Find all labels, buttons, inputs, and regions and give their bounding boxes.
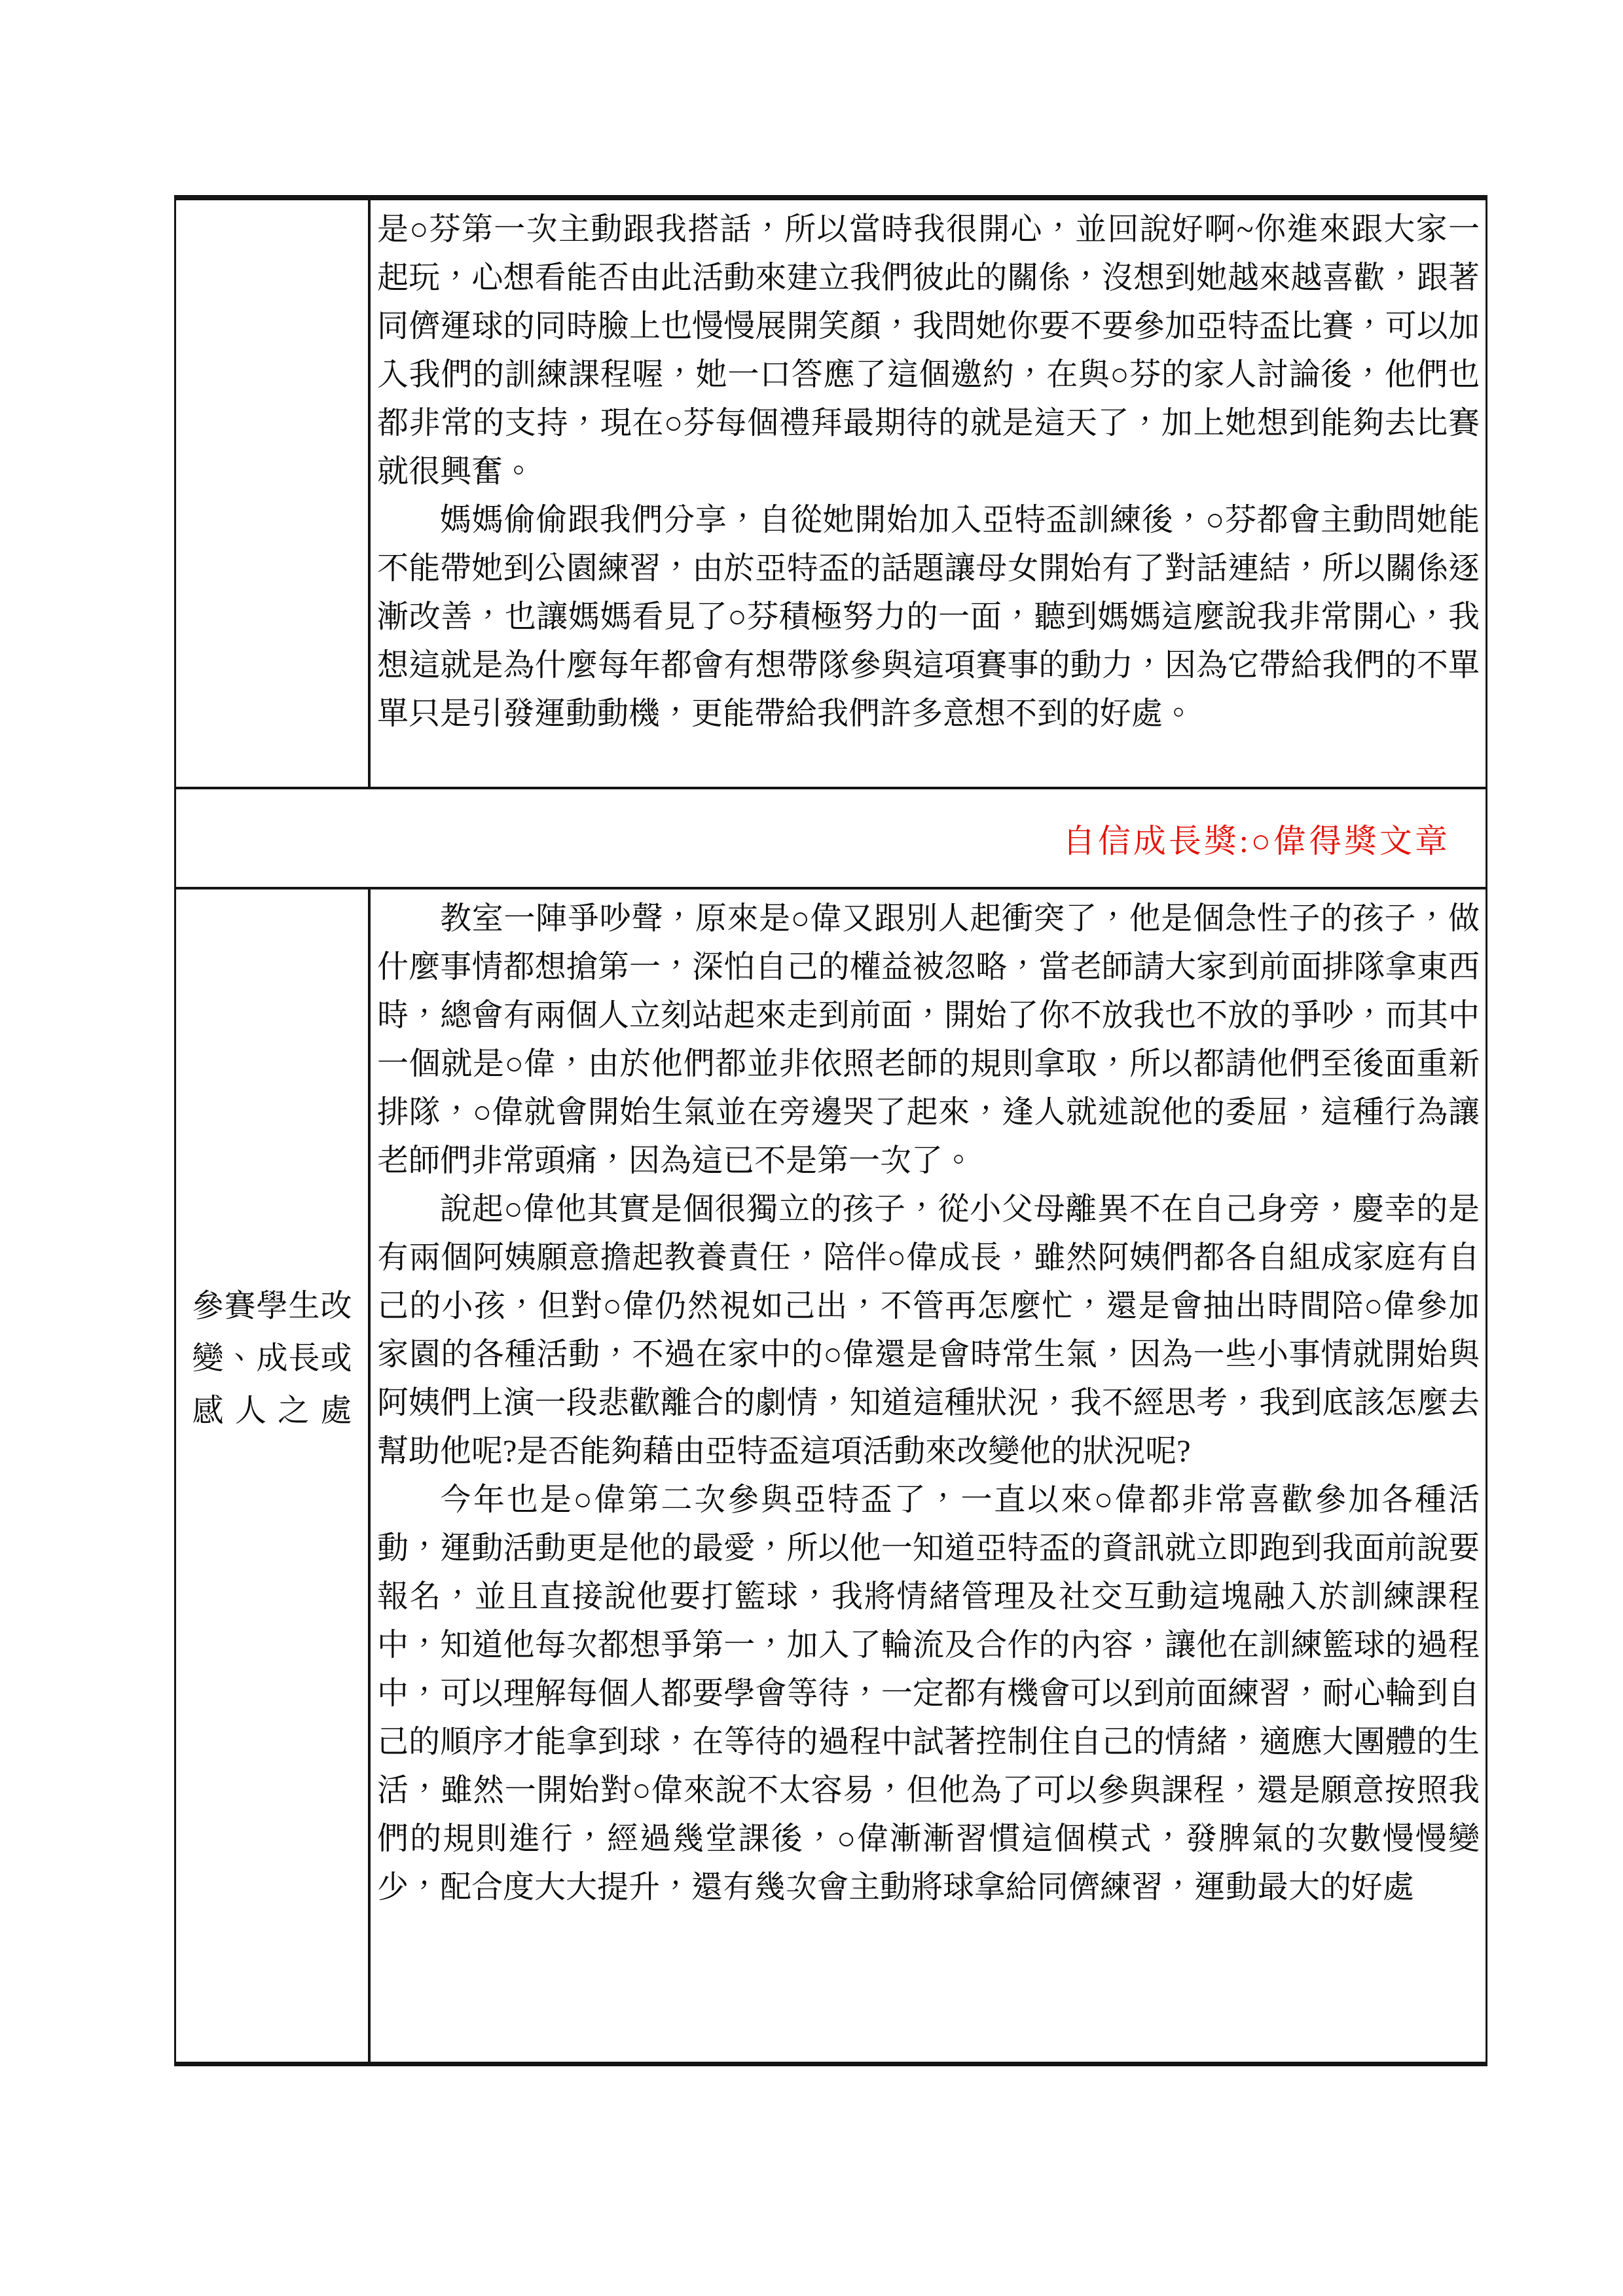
essay-paragraph: 媽媽偷偷跟我們分享，自從她開始加入亞特盃訓練後，○芬都會主動問她能不能帶她到公園… [377,496,1480,738]
row-label-text: 參賽學生改變、成長或感人之處 [192,1280,352,1437]
empty-label-cell [176,200,371,787]
essay-paragraph: 是○芬第一次主動跟我搭話，所以當時我很開心，並回說好啊~你進來跟大家一起玩，心想… [377,206,1480,496]
table-row-essay-continuation: 是○芬第一次主動跟我搭話，所以當時我很開心，並回說好啊~你進來跟大家一起玩，心想… [176,200,1486,789]
row-label-cell: 參賽學生改變、成長或感人之處 [176,889,371,2062]
essay-paragraph: 說起○偉他其實是個很獨立的孩子，從小父母離異不在自己身旁，慶幸的是有兩個阿姨願意… [377,1185,1480,1476]
scanned-document-page: 是○芬第一次主動跟我搭話，所以當時我很開心，並回說好啊~你進來跟大家一起玩，心想… [0,0,1623,2296]
award-essay-table: 是○芬第一次主動跟我搭話，所以當時我很開心，並回說好啊~你進來跟大家一起玩，心想… [174,195,1487,2066]
award-title-text: 自信成長獎:○偉得獎文章 [1063,815,1450,862]
table-row-student-growth: 參賽學生改變、成長或感人之處 教室一陣爭吵聲，原來是○偉又跟別人起衝突了，他是個… [176,889,1486,2062]
essay-continuation-text-cell: 是○芬第一次主動跟我搭話，所以當時我很開心，並回說好啊~你進來跟大家一起玩，心想… [371,200,1486,787]
essay-text-cell: 教室一陣爭吵聲，原來是○偉又跟別人起衝突了，他是個急性子的孩子，做什麼事情都想搶… [371,889,1486,2062]
essay-paragraph: 今年也是○偉第二次參與亞特盃了，一直以來○偉都非常喜歡參加各種活動，運動活動更是… [377,1476,1480,1912]
table-row-award-title: 自信成長獎:○偉得獎文章 [176,789,1486,889]
essay-paragraph: 教室一陣爭吵聲，原來是○偉又跟別人起衝突了，他是個急性子的孩子，做什麼事情都想搶… [377,895,1480,1185]
